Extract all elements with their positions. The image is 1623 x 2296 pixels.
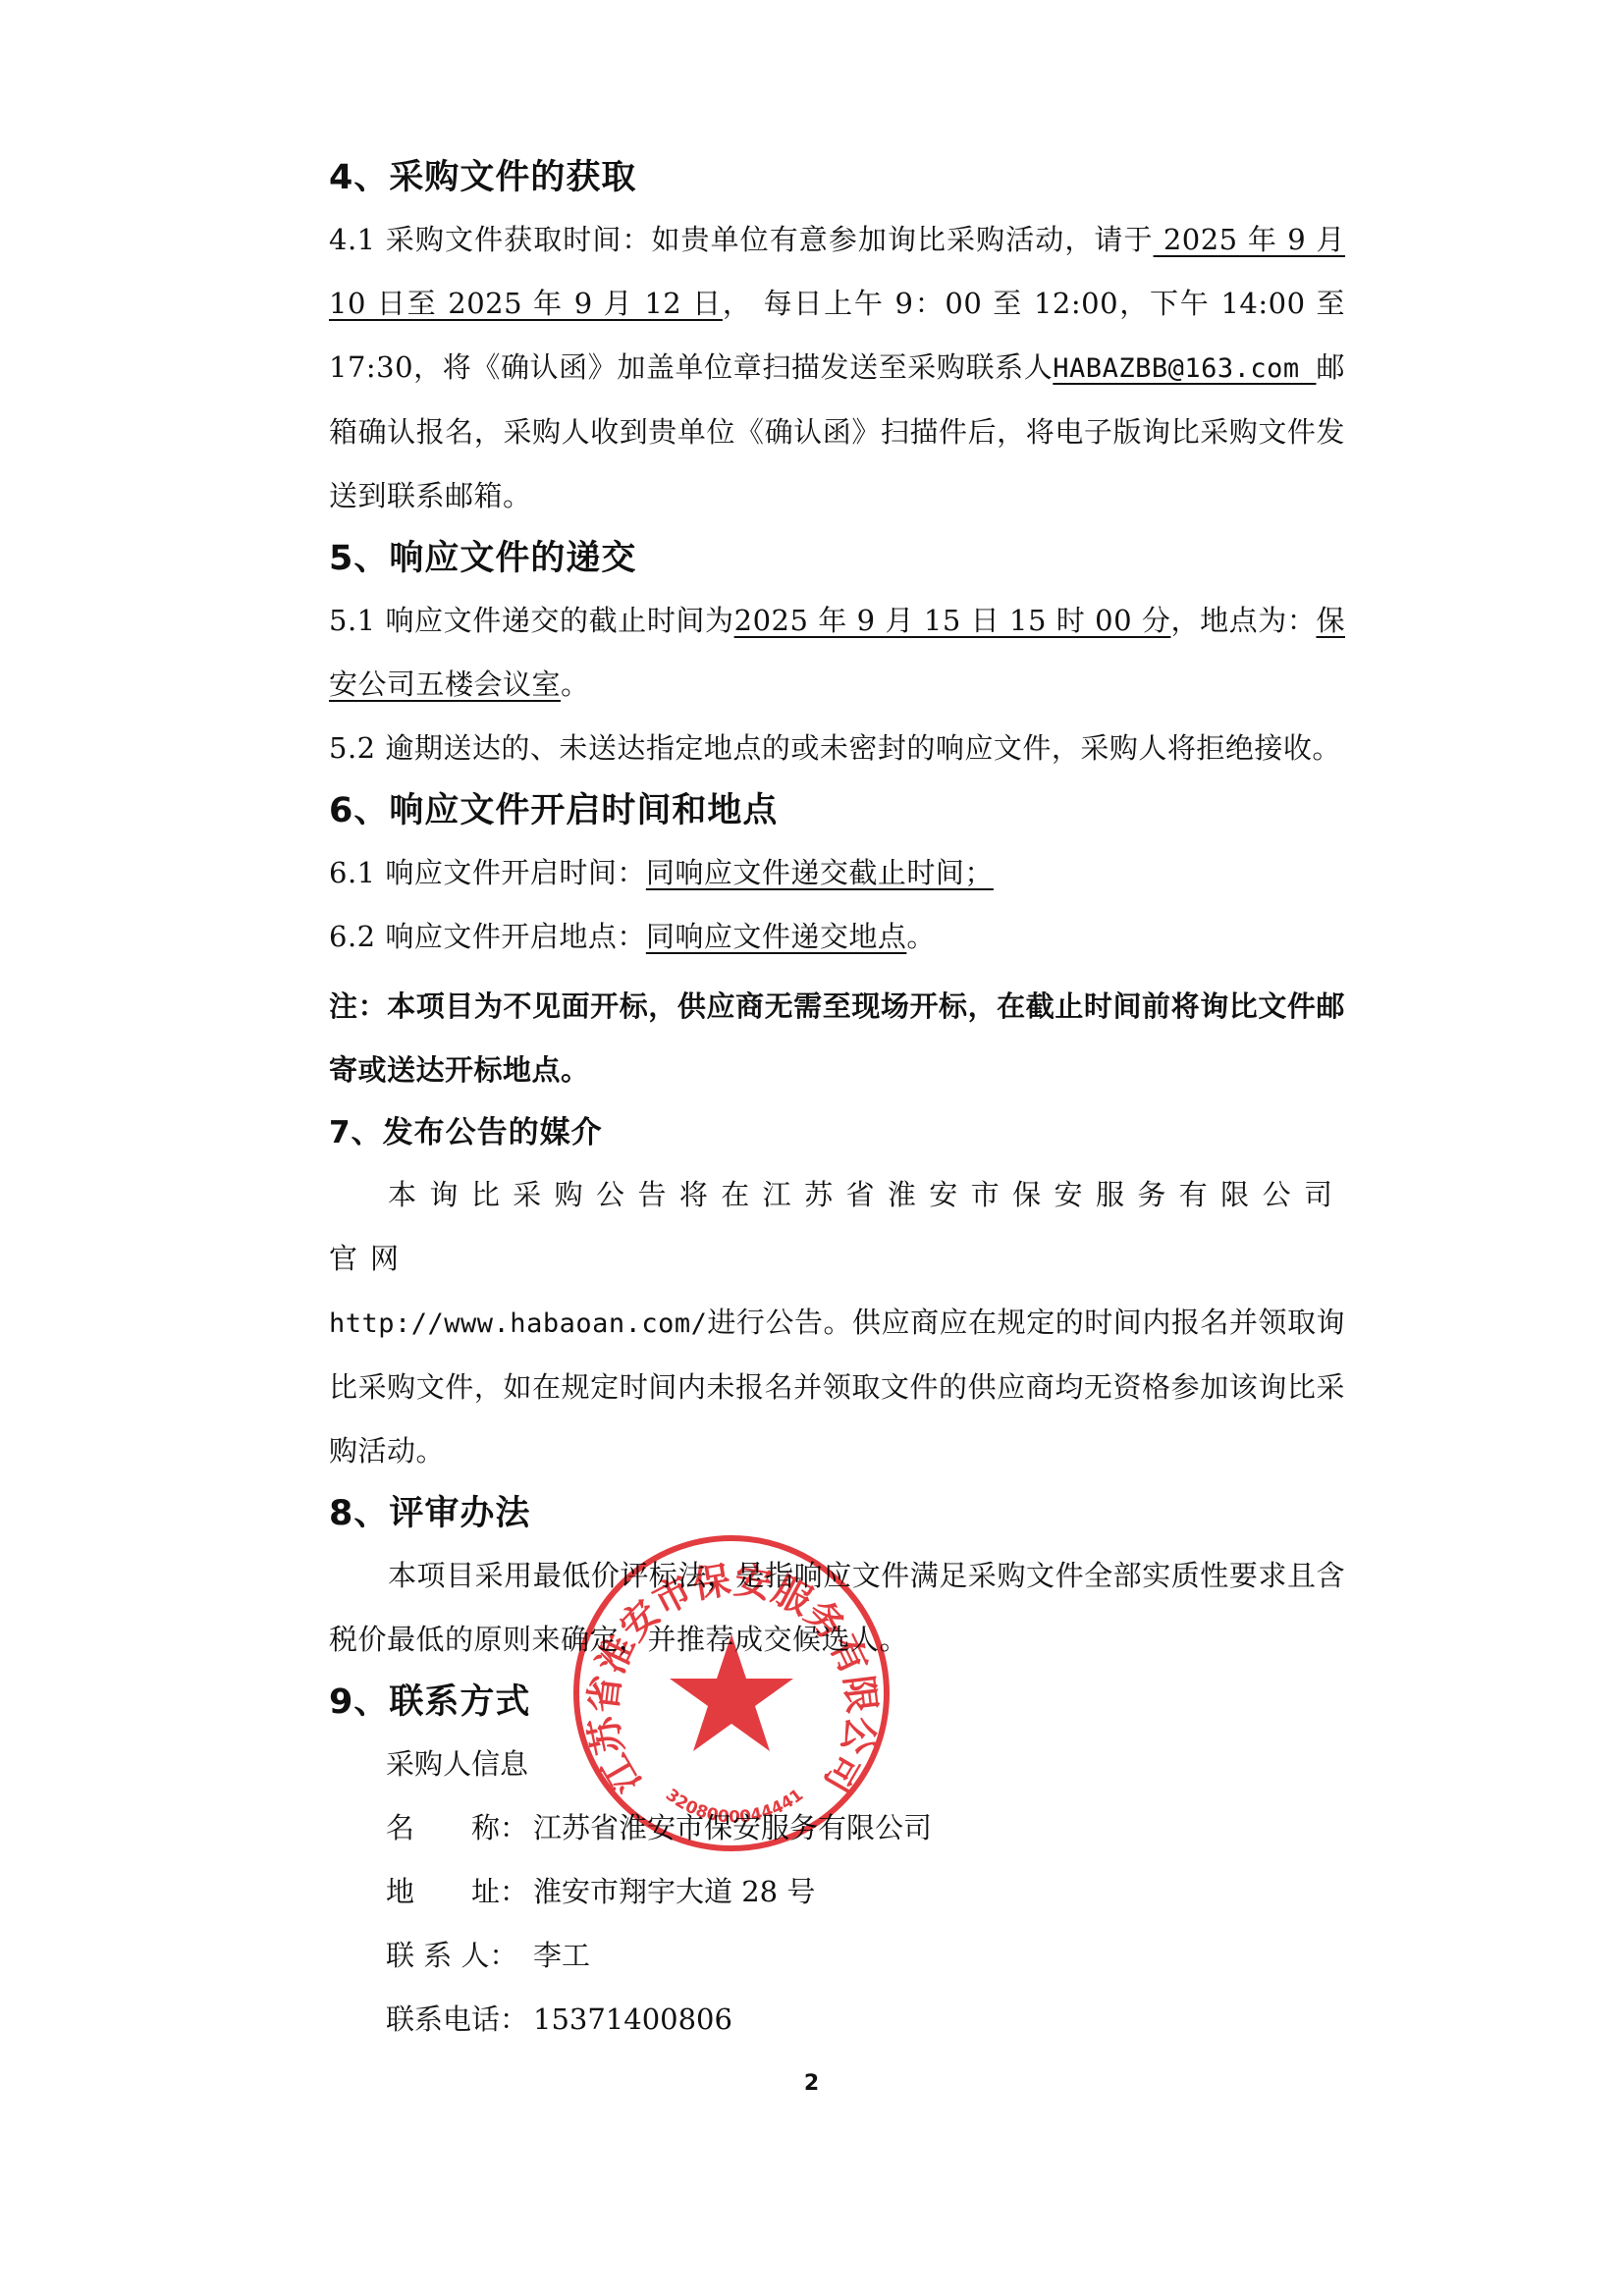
section-5-2-paragraph: 5.2 逾期送达的、未送达指定地点的或未密封的响应文件，采购人将拒绝接收。 [329, 717, 1345, 780]
section-5-1-mid: ，地点为： [1170, 604, 1316, 637]
purchaser-address-label: 地 址： [386, 1860, 533, 1924]
purchaser-name-row: 名 称：江苏省淮安市保安服务有限公司 [386, 1796, 1345, 1860]
section-4-1-paragraph: 4.1 采购文件获取时间：如贵单位有意参加询比采购活动，请于 2025 年 9 … [329, 208, 1345, 528]
section-4-heading: 4、采购文件的获取 [329, 147, 1345, 208]
section-5-1-paragraph: 5.1 响应文件递交的截止时间为2025 年 9 月 15 日 15 时 00 … [329, 589, 1345, 717]
section-5-1-suffix: 。 [561, 667, 590, 701]
section-5-1-prefix: 5.1 响应文件递交的截止时间为 [329, 604, 734, 637]
purchaser-info-title: 采购人信息 [386, 1733, 1345, 1796]
section-6-2-prefix: 6.2 响应文件开启地点： [329, 920, 646, 953]
official-website-url: http://www.habaoan.com/ [329, 1308, 707, 1339]
page-number: 2 [0, 2071, 1623, 2096]
section-9-heading: 9、联系方式 [329, 1672, 1345, 1733]
section-7-line-1: 本询比采购公告将在江苏省淮安市保安服务有限公司官网 [329, 1163, 1345, 1291]
section-6-heading: 6、响应文件开启时间和地点 [329, 780, 1345, 841]
purchaser-address-value: 淮安市翔宇大道 28 号 [533, 1875, 815, 1908]
purchaser-info: 采购人信息 名 称：江苏省淮安市保安服务有限公司 地 址：淮安市翔宇大道 28 … [329, 1733, 1345, 2052]
section-7-paragraph: http://www.habaoan.com/进行公告。供应商应在规定的时间内报… [329, 1291, 1345, 1483]
document-body: 4、采购文件的获取 4.1 采购文件获取时间：如贵单位有意参加询比采购活动，请于… [329, 147, 1345, 2052]
section-6-2-suffix: 。 [906, 920, 936, 953]
section-7-heading: 7、发布公告的媒介 [329, 1102, 1345, 1163]
section-6-note: 注：本项目为不见面开标，供应商无需至现场开标，在截止时间前将询比文件邮寄或送达开… [329, 975, 1345, 1102]
purchaser-contact-row: 联 系 人：李工 [386, 1924, 1345, 1988]
contact-email: HABAZBB@163.com [1053, 353, 1316, 384]
section-5-heading: 5、响应文件的递交 [329, 528, 1345, 589]
purchaser-name-value: 江苏省淮安市保安服务有限公司 [533, 1811, 932, 1844]
section-6-1-prefix: 6.1 响应文件开启时间： [329, 856, 646, 889]
purchaser-phone-row: 联系电话：15371400806 [386, 1988, 1345, 2052]
section-8-paragraph: 本项目采用最低价评标法，是指响应文件满足采购文件全部实质性要求且含税价最低的原则… [329, 1544, 1345, 1672]
section-4-1-prefix: 4.1 采购文件获取时间：如贵单位有意参加询比采购活动，请于 [329, 223, 1154, 256]
section-6-1-paragraph: 6.1 响应文件开启时间：同响应文件递交截止时间； [329, 841, 1345, 905]
purchaser-phone-label: 联系电话： [386, 1988, 533, 2052]
purchaser-name-label: 名 称： [386, 1796, 533, 1860]
opening-location: 同响应文件递交地点 [646, 920, 907, 953]
submission-deadline: 2025 年 9 月 15 日 15 时 00 分 [734, 604, 1171, 637]
purchaser-contact-label: 联 系 人： [386, 1924, 533, 1988]
opening-time: 同响应文件递交截止时间； [646, 856, 994, 889]
purchaser-phone-value: 15371400806 [533, 2002, 732, 2036]
document-page: 4、采购文件的获取 4.1 采购文件获取时间：如贵单位有意参加询比采购活动，请于… [0, 0, 1623, 2296]
purchaser-contact-value: 李工 [533, 1939, 590, 1972]
section-8-heading: 8、评审办法 [329, 1483, 1345, 1544]
section-6-2-paragraph: 6.2 响应文件开启地点：同响应文件递交地点。 [329, 905, 1345, 969]
purchaser-address-row: 地 址：淮安市翔宇大道 28 号 [386, 1860, 1345, 1924]
